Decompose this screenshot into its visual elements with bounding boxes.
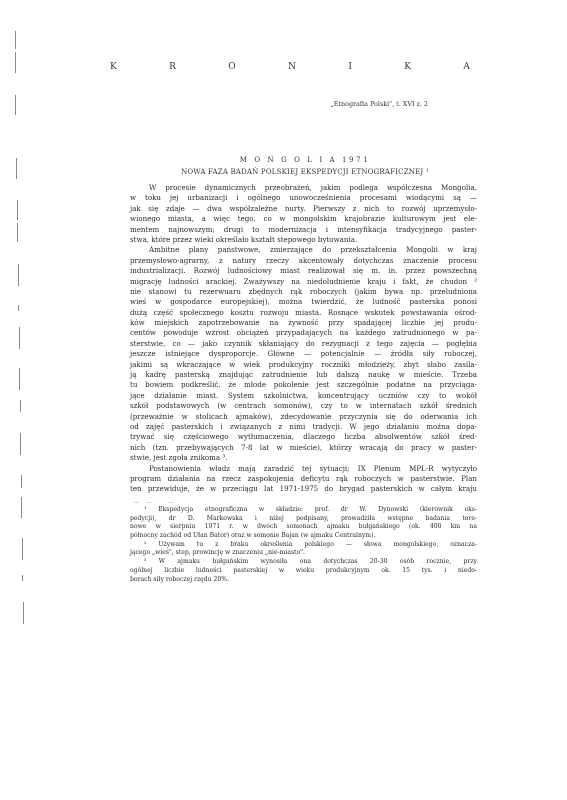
section-title-letter: K (404, 62, 411, 72)
margin-mark (18, 264, 19, 286)
footnote-marker: 1 (426, 169, 429, 174)
margin-mark (22, 538, 23, 560)
margin-mark (20, 433, 21, 455)
body-line: ków miejskich zapotrzebowanie na żywność… (130, 318, 477, 328)
article-subtitle: NOWA FAZA BADAŃ POLSKIEJ EKSPEDYCJI ETNO… (120, 168, 490, 176)
footnote-line: ² Używam tu z braku określenia polskiego… (130, 541, 477, 550)
section-title-letter: O (228, 62, 235, 72)
journal-reference: „Etnografia Polski", t. XVI z. 2 (300, 100, 428, 108)
body-line: jakimi są wkraczające w wiek produkcyjny… (130, 360, 477, 370)
footnote-line: nowe w sierpniu 1971 r. w dwóch somonach… (130, 523, 477, 532)
section-title: K R O N I K A (110, 62, 470, 72)
margin-mark (15, 95, 16, 115)
article-title: M O N G O L I A 1971 (120, 156, 490, 164)
section-title-letter: A (463, 62, 470, 72)
margin-mark (21, 475, 22, 488)
margin-mark (15, 52, 16, 73)
body-line: ją kadrę pasterską znajdując zatrudnieni… (130, 370, 477, 380)
body-line: W procesie dynamicznych przeobrażeń, jak… (130, 183, 477, 193)
body-line: jak się zdaje — dwa współzależne nurty. … (130, 204, 477, 214)
article-subtitle-text: NOWA FAZA BADAŃ POLSKIEJ EKSPEDYCJI ETNO… (181, 168, 423, 176)
margin-mark (20, 400, 21, 412)
body-line: trywać się częściowego wytłumaczenia, dl… (130, 432, 477, 442)
section-title-letter: K (110, 62, 117, 72)
body-line: jeszcze istniejące dysproporcje. Główne … (130, 349, 477, 359)
body-line: przemysłowo-agrarny, z natury rzeczy akc… (130, 256, 477, 266)
body-line: nie stanowi tu rezerwuaru zbędnych rąk r… (130, 287, 477, 297)
body-line: w toku jej urbanizacji i ogólnego unowoc… (130, 193, 477, 203)
body-line: dużą część społecznego kosztu rozwoju mi… (130, 308, 477, 318)
margin-mark (17, 200, 18, 220)
body-line: Postanowienia władz mają zaradzić tej sy… (130, 464, 477, 474)
body-line: nich (tzn. przebywających 7-8 lat w mieś… (130, 443, 477, 453)
body-line: ten przewiduje, że w przeciągu lat 1971-… (130, 484, 477, 494)
body-line: centów powoduje wzrost obciążeń przypada… (130, 328, 477, 338)
footnote-line: ³ W ajmaku bułgańskim wynosiła ona dotyc… (130, 558, 477, 567)
footnote-line: jącego „wieś", step, prowincję w znaczen… (130, 549, 477, 558)
margin-mark (18, 305, 19, 311)
body-line: stwa, które przez wieki określało kształ… (130, 235, 477, 245)
body-line: sterstwie, co — jako czynnik skłaniający… (130, 339, 477, 349)
body-line: od zajęć pasterskich i związanych z nimi… (130, 422, 477, 432)
margin-mark (21, 497, 22, 518)
margin-mark (23, 602, 24, 624)
body-line: jące działanie miast. System szkolnictwa… (130, 391, 477, 401)
body-line: industrializacji. Rozwój ludnościowy mia… (130, 266, 477, 276)
footnote-line: ogólnej liczbie ludności pasterskiej w w… (130, 567, 477, 576)
footnote-line: ¹ Ekspedycja etnograficzna w składzie: p… (130, 506, 477, 515)
footnotes: ¹ Ekspedycja etnograficzna w składzie: p… (130, 506, 477, 584)
section-title-letter: N (288, 62, 296, 72)
body-line: stwie, jest zgoła znikoma ³. (130, 453, 477, 463)
section-title-letter: R (169, 62, 176, 72)
margin-mark (19, 368, 20, 390)
footnote-line: borach siły roboczej rzędu 20%. (130, 576, 477, 585)
body-line: program działania na rzecz zaspokojenia … (130, 474, 477, 484)
margin-mark (17, 223, 18, 242)
body-line: Ambitne plany państwowe, zmierzające do … (130, 245, 477, 255)
body-line: tu bowiem podkreślić, że młode pokolenie… (130, 380, 477, 390)
article-body: W procesie dynamicznych przeobrażeń, jak… (130, 183, 477, 495)
body-line: wieś w gospodarce europejskiej), można t… (130, 297, 477, 307)
body-line: szkół podstawowych (w centrach somonów),… (130, 401, 477, 411)
body-line: wionego miasta, a więc tego, co w mongol… (130, 214, 477, 224)
section-title-letter: I (348, 62, 352, 72)
margin-mark (22, 575, 23, 581)
body-line: (przeważnie w stolicach ajmaków), zdecyd… (130, 412, 477, 422)
body-line: migrację ludności arackiej. Zważywszy na… (130, 277, 477, 287)
margin-mark (15, 31, 16, 49)
footnote-line: północny zachód od Ułan Bator) oraz w so… (130, 532, 477, 541)
margin-mark (16, 158, 17, 179)
body-line: mentem najnowszym; drugi to modernizacja… (130, 225, 477, 235)
margin-mark (19, 327, 20, 349)
footnote-line: pedycji), dr D. Markowska i niżej podpis… (130, 515, 477, 524)
